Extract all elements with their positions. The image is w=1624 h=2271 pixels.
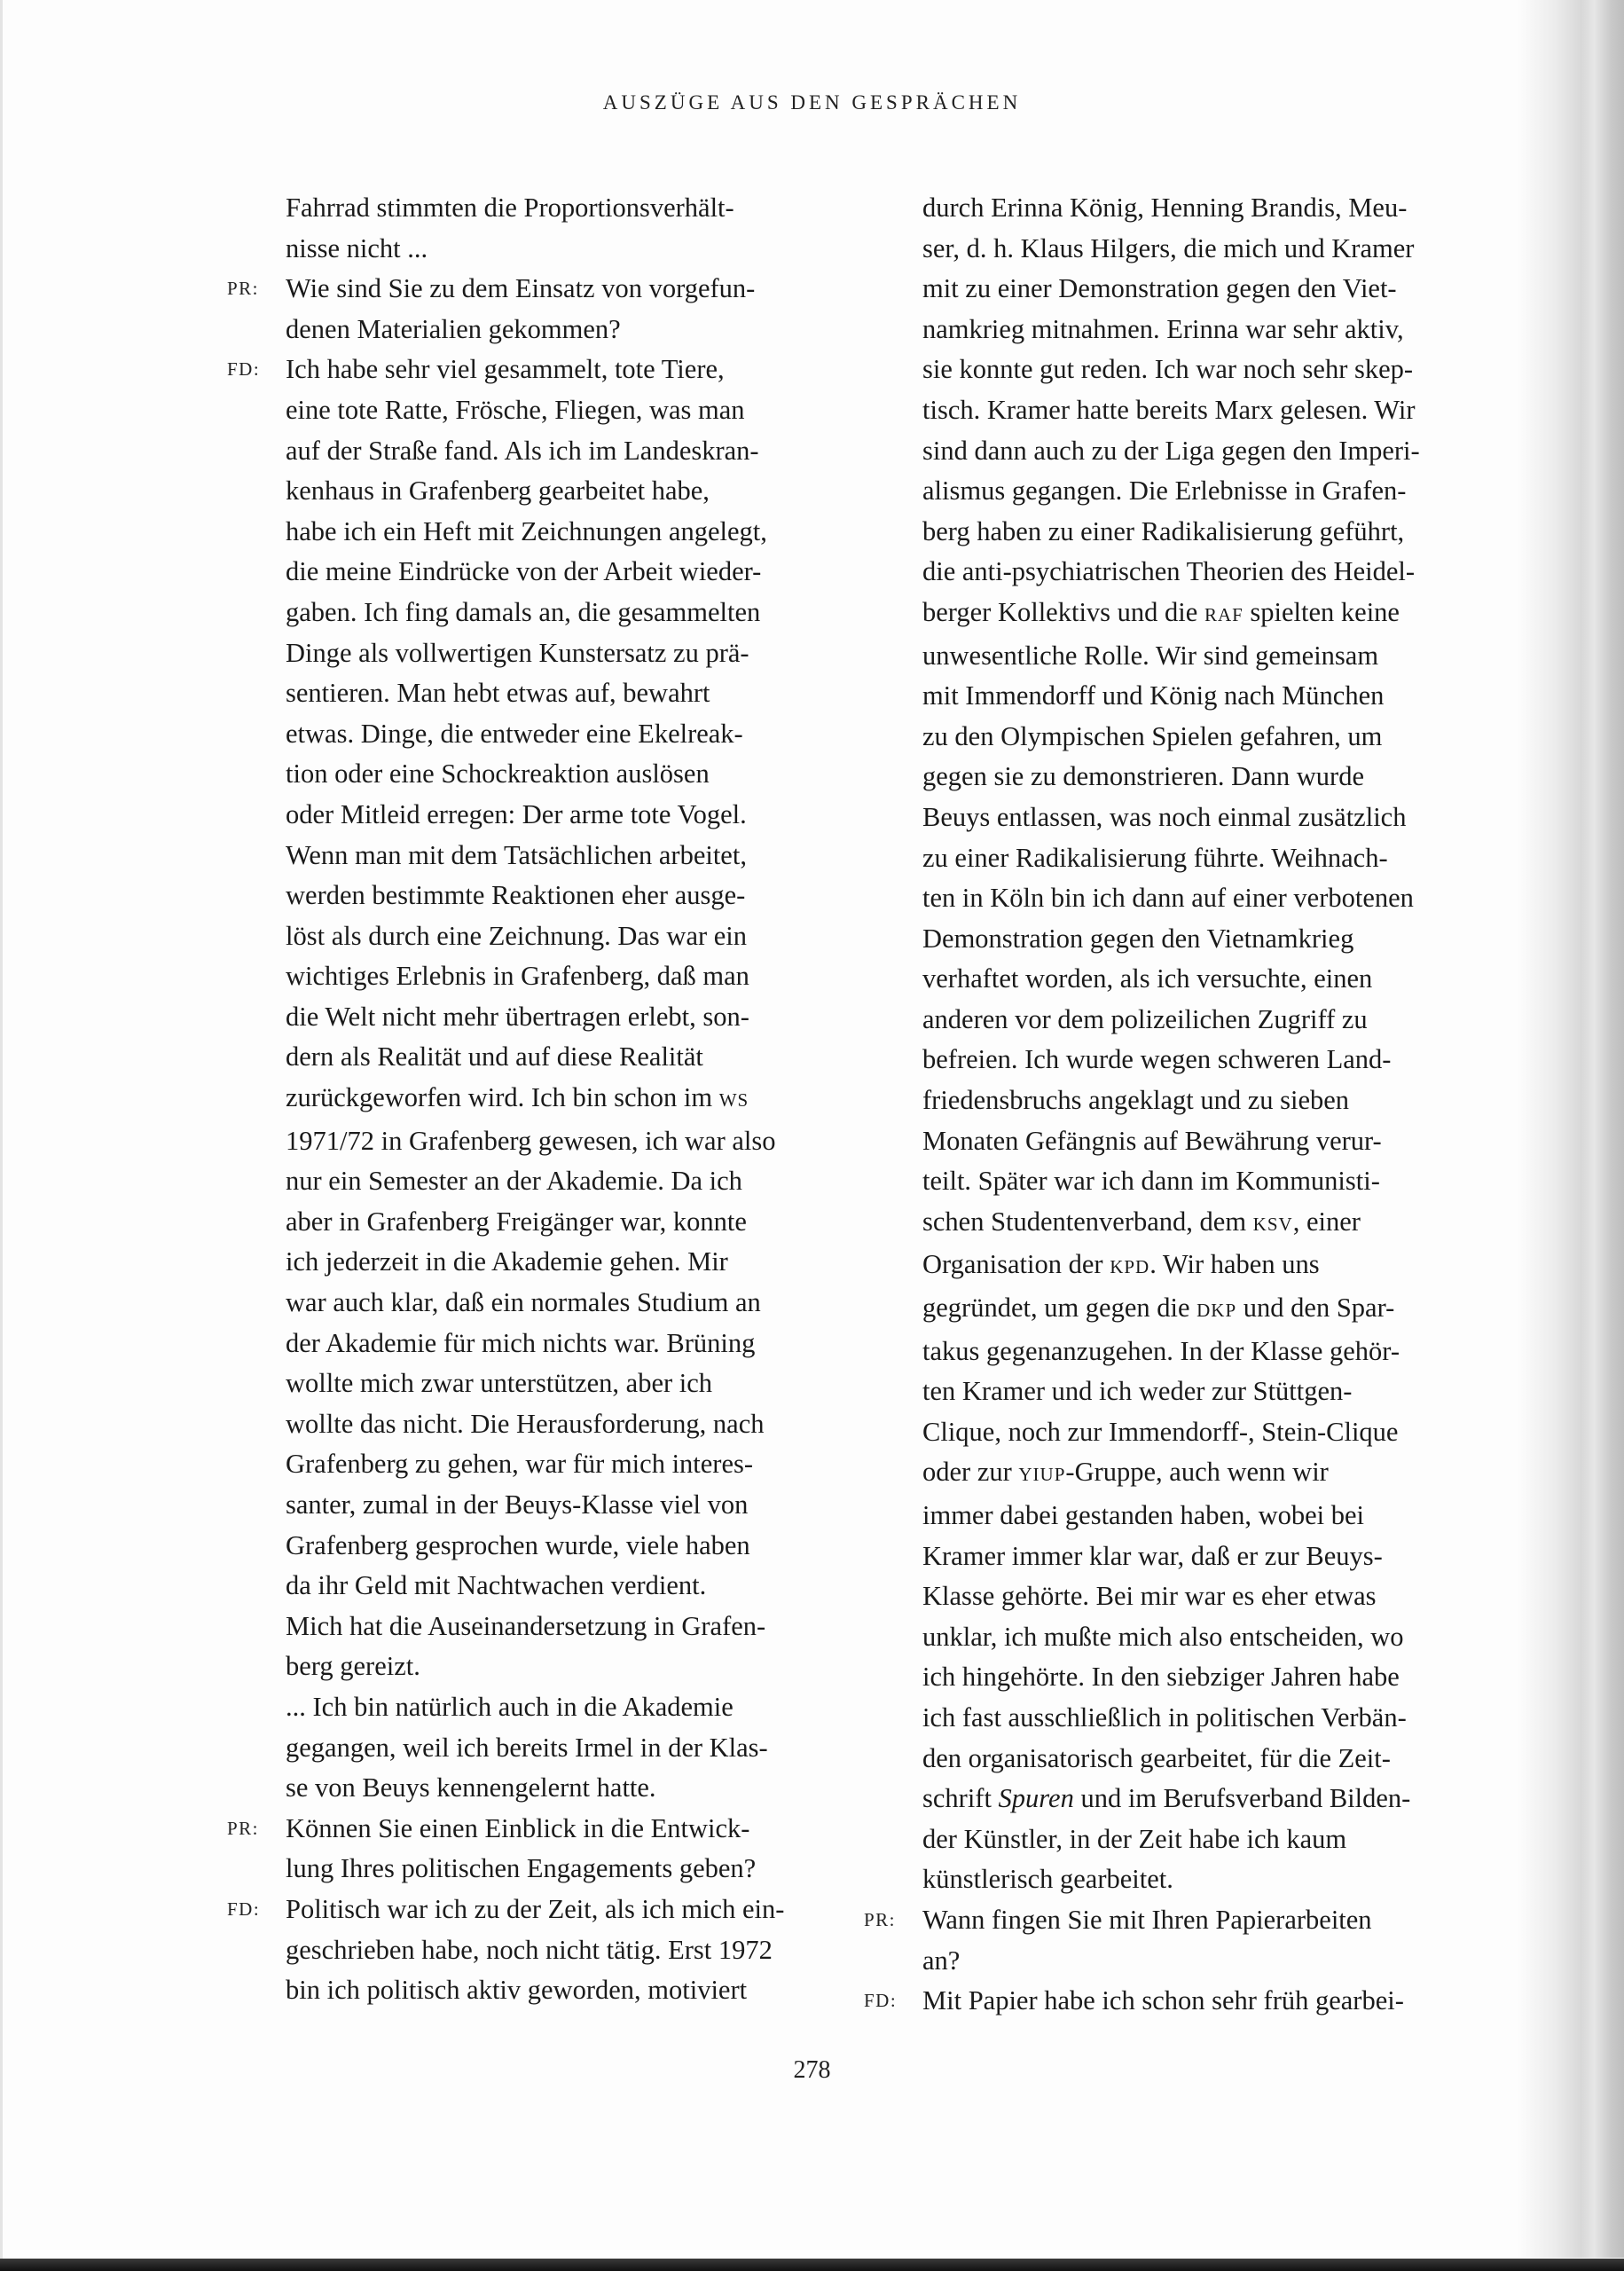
text-line: Clique, noch zur Immendorff-, Stein-Cliq…: [922, 1412, 1490, 1453]
dialogue-entry-pr: PR:Können Sie einen Einblick in die Entw…: [286, 1809, 853, 1890]
text-line: wollte das nicht. Die Herausforderung, n…: [286, 1404, 853, 1445]
text-line: gegen sie zu demonstrieren. Dann wurde: [922, 757, 1490, 798]
text-line: eine tote Ratte, Frösche, Fliegen, was m…: [286, 390, 853, 431]
text-line: unwesentliche Rolle. Wir sind gemeinsam: [922, 636, 1490, 677]
text-line: Beuys entlassen, was noch einmal zusätzl…: [922, 798, 1490, 838]
text-line: mit Immendorff und König nach München: [922, 676, 1490, 717]
speaker-label: PR:: [227, 269, 259, 310]
text-line: die anti-psychiatrischen Theorien des He…: [922, 552, 1490, 593]
small-caps-acronym: KSV: [1253, 1214, 1293, 1235]
text-line: tisch. Kramer hatte bereits Marx gelesen…: [922, 390, 1490, 431]
text-line: ich hingehörte. In den siebziger Jahren …: [922, 1657, 1490, 1698]
text-line: nisse nicht ...: [286, 229, 853, 270]
gutter-shadow: [1518, 0, 1624, 2258]
text-line: ten Kramer und ich weder zur Stüttgen-: [922, 1371, 1490, 1412]
text-line: santer, zumal in der Beuys-Klasse viel v…: [286, 1485, 853, 1526]
text-line: unklar, ich mußte mich also entscheiden,…: [922, 1617, 1490, 1658]
text-line: teilt. Später war ich dann im Kommunisti…: [922, 1161, 1490, 1202]
text-line: den organisatorisch gearbeitet, für die …: [922, 1739, 1490, 1780]
dialogue-entry-pr: PR:Wie sind Sie zu dem Einsatz von vorge…: [286, 269, 853, 350]
dialogue-entry-pr: PR:Wann fingen Sie mit Ihren Papierarbei…: [922, 1900, 1490, 1981]
text-line: Fahrrad stimmten die Proportionsverhält-: [286, 188, 853, 229]
text-line: bin ich politisch aktiv geworden, motivi…: [286, 1970, 853, 2011]
text-line: nur ein Semester an der Akademie. Da ich: [286, 1161, 853, 1202]
dialogue-entry-fd: FD:Politisch war ich zu der Zeit, als ic…: [286, 1890, 853, 2011]
text-line: berg gereizt.: [286, 1646, 853, 1687]
text-line: Politisch war ich zu der Zeit, als ich m…: [286, 1890, 853, 1930]
text-line: Organisation der KPD. Wir haben uns: [922, 1245, 1490, 1288]
text-line: Mit Papier habe ich schon sehr früh gear…: [922, 1981, 1490, 2022]
speaker-label: PR:: [227, 1809, 259, 1850]
small-caps-acronym: RAF: [1204, 604, 1243, 625]
text-line: mit zu einer Demonstration gegen den Vie…: [922, 269, 1490, 310]
small-caps-acronym: WS: [719, 1089, 749, 1111]
text-line: dern als Realität und auf diese Realität: [286, 1037, 853, 1078]
text-line: Kramer immer klar war, daß er zur Beuys-: [922, 1536, 1490, 1577]
text-line: befreien. Ich wurde wegen schweren Land-: [922, 1040, 1490, 1080]
text-line: friedensbruchs angeklagt und zu sieben: [922, 1080, 1490, 1121]
text-line: immer dabei gestanden haben, wobei bei: [922, 1496, 1490, 1536]
text-line: sind dann auch zu der Liga gegen den Imp…: [922, 431, 1490, 472]
text-line: Grafenberg gesprochen wurde, viele haben: [286, 1526, 853, 1567]
speaker-label: FD:: [227, 1890, 260, 1930]
dialogue-entry-fd: FD:Ich habe sehr viel gesammelt, tote Ti…: [286, 350, 853, 1808]
book-page: AUSZÜGE AUS DEN GESPRÄCHEN Fahrrad stimm…: [0, 0, 1624, 2271]
text-line: löst als durch eine Zeichnung. Das war e…: [286, 916, 853, 957]
text-line: kenhaus in Grafenberg gearbeitet habe,: [286, 471, 853, 512]
text-line: zu einer Radikalisierung führte. Weihnac…: [922, 838, 1490, 879]
italic-title: Spuren: [999, 1783, 1074, 1813]
text-line: se von Beuys kennengelernt hatte.: [286, 1768, 853, 1809]
page-left-edge: [0, 0, 3, 2259]
text-line: oder Mitleid erregen: Der arme tote Voge…: [286, 795, 853, 836]
text-line: da ihr Geld mit Nachtwachen verdient.: [286, 1566, 853, 1607]
text-line: werden bestimmte Reaktionen eher ausge-: [286, 876, 853, 916]
text-line: Grafenberg zu gehen, war für mich intere…: [286, 1444, 853, 1485]
small-caps-acronym: KPD: [1110, 1256, 1149, 1277]
text-line: war auch klar, daß ein normales Studium …: [286, 1283, 853, 1324]
text-line: 1971/72 in Grafenberg gewesen, ich war a…: [286, 1121, 853, 1162]
small-caps-acronym: YIUP: [1018, 1464, 1065, 1485]
text-line: wichtiges Erlebnis in Grafenberg, daß ma…: [286, 956, 853, 997]
left-column: Fahrrad stimmten die Proportionsverhält-…: [286, 188, 853, 2011]
running-head: AUSZÜGE AUS DEN GESPRÄCHEN: [0, 91, 1624, 114]
text-line: ten in Köln bin ich dann auf einer verbo…: [922, 878, 1490, 919]
text-line: Monaten Gefängnis auf Bewährung verur-: [922, 1121, 1490, 1162]
text-line: tion oder eine Schockreaktion auslösen: [286, 754, 853, 795]
text-line: künstlerisch gearbeitet.: [922, 1859, 1490, 1900]
text-line: habe ich ein Heft mit Zeichnungen angele…: [286, 512, 853, 553]
text-line: Wann fingen Sie mit Ihren Papierarbeiten: [922, 1900, 1490, 1941]
text-line: zu den Olympischen Spielen gefahren, um: [922, 717, 1490, 758]
text-line: geschrieben habe, noch nicht tätig. Erst…: [286, 1930, 853, 1971]
speaker-label: FD:: [227, 350, 260, 390]
text-line: etwas. Dinge, die entweder eine Ekelreak…: [286, 714, 853, 755]
text-line: an?: [922, 1941, 1490, 1982]
dialogue-continuation: durch Erinna König, Henning Brandis, Meu…: [922, 188, 1490, 1900]
text-line: verhaftet worden, als ich versuchte, ein…: [922, 959, 1490, 1000]
text-line: der Akademie für mich nichts war. Brünin…: [286, 1324, 853, 1364]
text-line: namkrieg mitnahmen. Erinna war sehr akti…: [922, 310, 1490, 350]
text-line: aber in Grafenberg Freigänger war, konnt…: [286, 1202, 853, 1243]
dialogue-entry-fd: FD:Mit Papier habe ich schon sehr früh g…: [922, 1981, 1490, 2022]
text-line: auf der Straße fand. Als ich im Landeskr…: [286, 431, 853, 472]
scan-bottom-edge: [0, 2259, 1624, 2271]
text-line: Dinge als vollwertigen Kunstersatz zu pr…: [286, 633, 853, 674]
text-line: Ich habe sehr viel gesammelt, tote Tiere…: [286, 350, 853, 390]
speaker-label: FD:: [864, 1981, 897, 2022]
text-line: wollte mich zwar unterstützen, aber ich: [286, 1363, 853, 1404]
text-line: sentieren. Man hebt etwas auf, bewahrt: [286, 673, 853, 714]
text-line: Mich hat die Auseinandersetzung in Grafe…: [286, 1607, 853, 1647]
speaker-label: PR:: [864, 1900, 896, 1941]
text-line: gegangen, weil ich bereits Irmel in der …: [286, 1728, 853, 1769]
text-line: gaben. Ich fing damals an, die gesammelt…: [286, 593, 853, 633]
text-line: Wie sind Sie zu dem Einsatz von vorgefun…: [286, 269, 853, 310]
page-number: 278: [0, 2056, 1624, 2085]
text-line: ser, d. h. Klaus Hilgers, die mich und K…: [922, 229, 1490, 270]
text-line: berger Kollektivs und die RAF spielten k…: [922, 593, 1490, 636]
text-line: Demonstration gegen den Vietnamkrieg: [922, 919, 1490, 960]
text-line: der Künstler, in der Zeit habe ich kaum: [922, 1819, 1490, 1860]
text-line: denen Materialien gekommen?: [286, 310, 853, 350]
right-column: durch Erinna König, Henning Brandis, Meu…: [922, 188, 1490, 2022]
text-line: Wenn man mit dem Tatsächlichen arbeitet,: [286, 836, 853, 876]
text-line: schen Studentenverband, dem KSV, einer: [922, 1202, 1490, 1246]
text-line: die Welt nicht mehr übertragen erlebt, s…: [286, 997, 853, 1038]
text-line: alismus gegangen. Die Erlebnisse in Graf…: [922, 471, 1490, 512]
dialogue-continuation: Fahrrad stimmten die Proportionsverhält-…: [286, 188, 853, 269]
text-line: lung Ihres politischen Engagements geben…: [286, 1849, 853, 1890]
text-line: ... Ich bin natürlich auch in die Akadem…: [286, 1687, 853, 1728]
text-line: berg haben zu einer Radikalisierung gefü…: [922, 512, 1490, 553]
text-line: durch Erinna König, Henning Brandis, Meu…: [922, 188, 1490, 229]
small-caps-acronym: DKP: [1196, 1300, 1236, 1321]
text-line: anderen vor dem polizeilichen Zugriff zu: [922, 1000, 1490, 1041]
text-line: schrift Spuren und im Berufsverband Bild…: [922, 1779, 1490, 1819]
text-line: oder zur YIUP-Gruppe, auch wenn wir: [922, 1452, 1490, 1496]
text-line: ich fast ausschließlich in politischen V…: [922, 1698, 1490, 1739]
text-line: zurückgeworfen wird. Ich bin schon im WS: [286, 1078, 853, 1121]
text-line: die meine Eindrücke von der Arbeit wiede…: [286, 552, 853, 593]
text-line: gegründet, um gegen die DKP und den Spar…: [922, 1288, 1490, 1332]
text-line: Können Sie einen Einblick in die Entwick…: [286, 1809, 853, 1850]
text-line: sie konnte gut reden. Ich war noch sehr …: [922, 350, 1490, 390]
text-line: Klasse gehörte. Bei mir war es eher etwa…: [922, 1576, 1490, 1617]
text-line: ich jederzeit in die Akademie gehen. Mir: [286, 1242, 853, 1283]
text-line: takus gegenanzugehen. In der Klasse gehö…: [922, 1332, 1490, 1372]
